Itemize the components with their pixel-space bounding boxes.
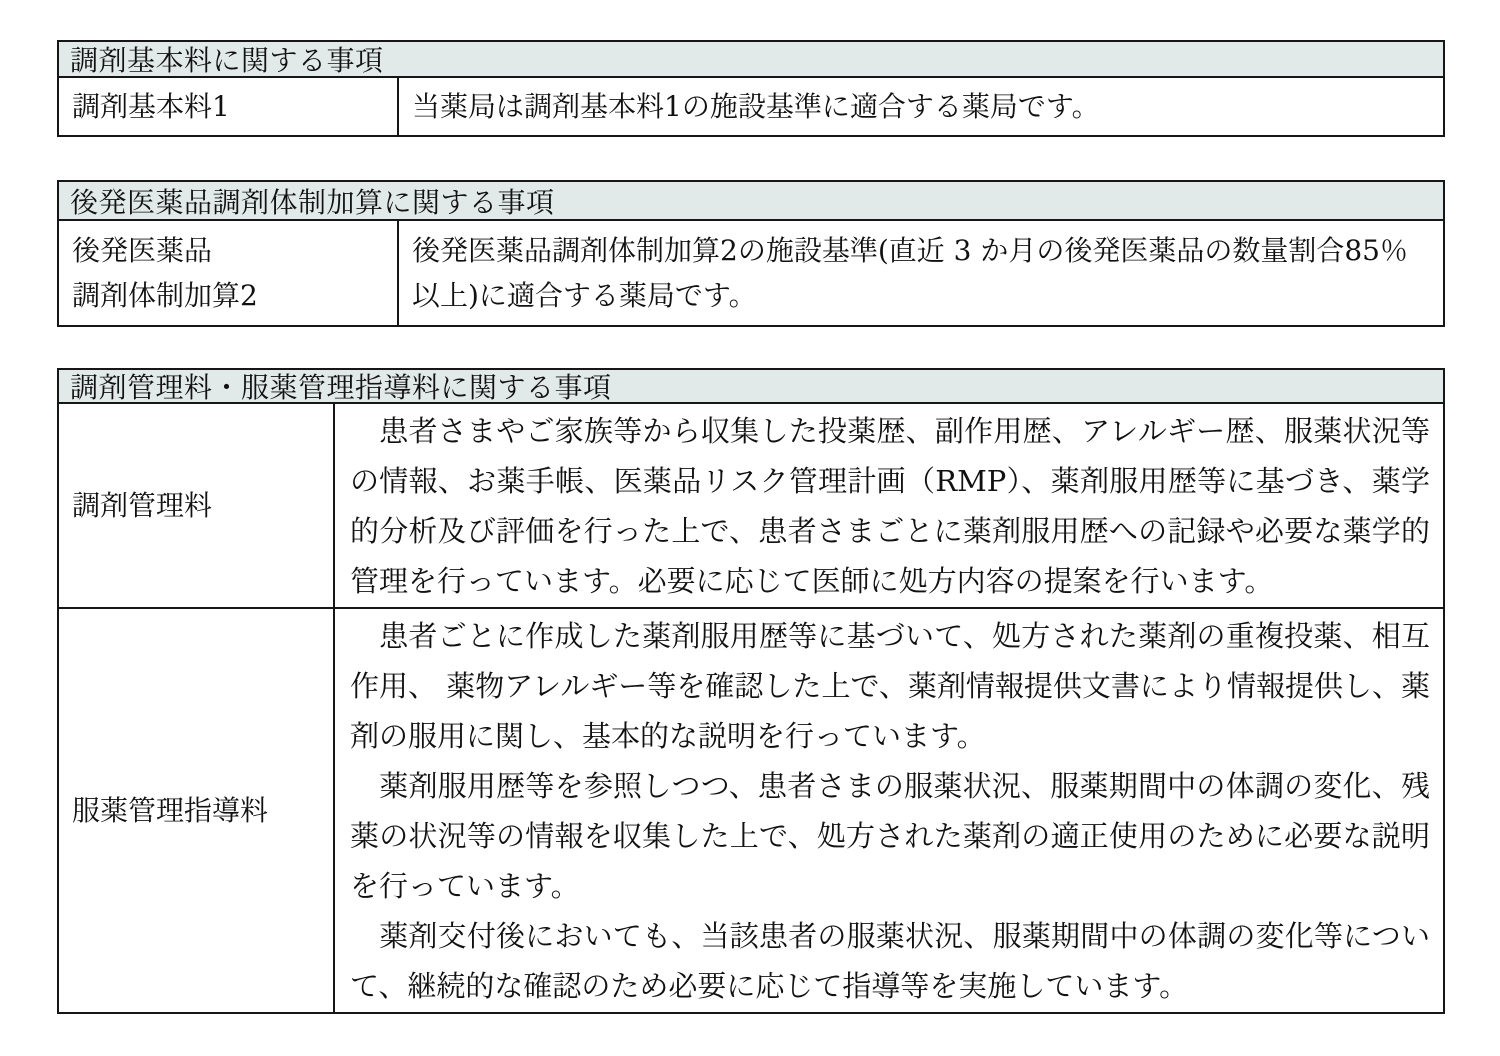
row-label-chouzai-kanriryou: 調剤管理料 <box>59 404 335 607</box>
row-content: 後発医薬品調剤体制加算2の施設基準(直近 3 か月の後発医薬品の数量割合85％以… <box>399 221 1443 325</box>
table-row: 調剤基本料1 当薬局は調剤基本料1の施設基準に適合する薬局です。 <box>59 78 1443 135</box>
table-chouzai-kihonryou: 調剤基本料に関する事項 調剤基本料1 当薬局は調剤基本料1の施設基準に適合する薬… <box>57 40 1445 137</box>
table-header-text: 調剤管理料・服薬管理指導料に関する事項 <box>70 366 612 406</box>
table-kouhatsu-kasan: 後発医薬品調剤体制加算に関する事項 後発医薬品 調剤体制加算2 後発医薬品調剤体… <box>57 180 1445 327</box>
table-row: 後発医薬品 調剤体制加算2 後発医薬品調剤体制加算2の施設基準(直近 3 か月の… <box>59 221 1443 325</box>
row-label-chouzai-kihonryou-1: 調剤基本料1 <box>59 78 399 135</box>
table-header-kanriryou-shidouryou: 調剤管理料・服薬管理指導料に関する事項 <box>59 370 1443 404</box>
row-label-fukuyaku-kanri-shidouryou: 服薬管理指導料 <box>59 609 335 1012</box>
table-row-fukuyaku-kanri-shidouryou: 服薬管理指導料 患者ごとに作成した薬剤服用歴等に基づいて、処方された薬剤の重複投… <box>59 607 1443 1012</box>
table-header-kouhatsu-kasan: 後発医薬品調剤体制加算に関する事項 <box>59 182 1443 221</box>
table-header-text: 調剤基本料に関する事項 <box>70 39 384 79</box>
table-header-chouzai-kihonryou: 調剤基本料に関する事項 <box>59 42 1443 78</box>
table-header-text: 後発医薬品調剤体制加算に関する事項 <box>70 181 555 221</box>
row-content-paragraph: 薬剤交付後においても、当該患者の服薬状況、服薬期間中の体調の変化等について、継続… <box>350 911 1430 1011</box>
table-row-chouzai-kanriryou: 調剤管理料 患者さまやご家族等から収集した投薬歴、副作用歴、アレルギー歴、服薬状… <box>59 404 1443 607</box>
row-content-paragraph: 後発医薬品調剤体制加算2の施設基準(直近 3 か月の後発医薬品の数量割合85％以… <box>412 228 1429 318</box>
row-content-paragraph: 患者さまやご家族等から収集した投薬歴、副作用歴、アレルギー歴、服薬状況等の情報、… <box>350 406 1430 606</box>
row-content-paragraph: 患者ごとに作成した薬剤服用歴等に基づいて、処方された薬剤の重複投薬、相互作用、 … <box>350 611 1430 761</box>
row-label-kouhatsu-kasan-2: 後発医薬品 調剤体制加算2 <box>59 221 399 325</box>
row-content: 当薬局は調剤基本料1の施設基準に適合する薬局です。 <box>399 78 1443 135</box>
row-content-paragraph: 当薬局は調剤基本料1の施設基準に適合する薬局です。 <box>412 84 1100 129</box>
table-kanriryou-shidouryou: 調剤管理料・服薬管理指導料に関する事項 調剤管理料 患者さまやご家族等から収集し… <box>57 368 1445 1014</box>
row-content: 患者ごとに作成した薬剤服用歴等に基づいて、処方された薬剤の重複投薬、相互作用、 … <box>335 609 1443 1012</box>
row-content: 患者さまやご家族等から収集した投薬歴、副作用歴、アレルギー歴、服薬状況等の情報、… <box>335 404 1443 607</box>
row-content-paragraph: 薬剤服用歴等を参照しつつ、患者さまの服薬状況、服薬期間中の体調の変化、残薬の状況… <box>350 761 1430 911</box>
pharmacy-fee-notice-page: 調剤基本料に関する事項 調剤基本料1 当薬局は調剤基本料1の施設基準に適合する薬… <box>0 0 1500 1056</box>
